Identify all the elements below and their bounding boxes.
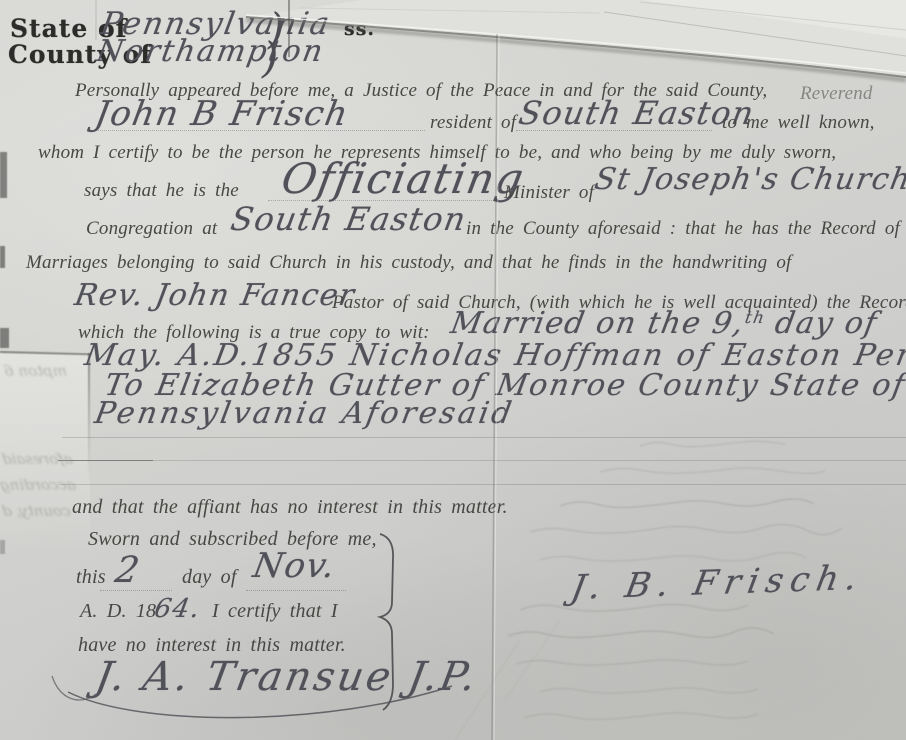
- minister-of-label: Minister of: [504, 182, 594, 204]
- congregation-place-handwritten: South Easton: [228, 200, 470, 238]
- record-line-1-handwritten: Married on the 9,th day of: [448, 306, 880, 341]
- body-word-reverend: Reverend: [800, 83, 873, 105]
- pastor-name-handwritten: Rev. John Fancer: [72, 278, 358, 313]
- bleedthrough-fragment: county, d: [1, 502, 72, 520]
- affiant-name-handwritten: John B Frisch: [92, 94, 352, 134]
- no-interest-line: and that the affiant has no interest in …: [72, 496, 508, 519]
- certify-text: I certify that I: [212, 600, 338, 623]
- ruled-line: [62, 437, 906, 438]
- document-page: State of Pennsylvania ) ss. County of No…: [0, 0, 906, 740]
- ad-printed-label: A. D. 18: [80, 600, 156, 623]
- marriages-line: Marriages belonging to said Church in hi…: [26, 252, 792, 274]
- ruled-line: [60, 484, 906, 485]
- day-of-label: day of: [182, 566, 237, 589]
- county-aforesaid-line: in the County aforesaid : that he has th…: [466, 218, 900, 240]
- ss-label: ss.: [344, 18, 375, 40]
- county-value-handwritten: Northampton: [94, 34, 327, 69]
- this-label: this: [76, 566, 106, 589]
- edge-smudge: [0, 328, 9, 348]
- well-known-text: to me well known,: [722, 112, 875, 134]
- church-handwritten: St Joseph's Church: [592, 162, 906, 197]
- congregation-at-label: Congregation at: [86, 218, 217, 240]
- ruled-line: [58, 460, 906, 461]
- resident-of-label: resident of: [430, 112, 516, 134]
- edge-smudge: [0, 246, 5, 268]
- office-handwritten: Officiating: [278, 154, 528, 203]
- bleedthrough-fragment: mpton 6: [3, 362, 68, 380]
- form-blank-line: [246, 589, 346, 591]
- edge-smudge: [0, 152, 7, 198]
- edge-smudge: [0, 540, 5, 554]
- bleedthrough-fragment: aforesaid: [1, 450, 74, 468]
- says-label: says that he is the: [84, 180, 239, 202]
- affiant-signature-handwritten: J. B. Frisch.: [568, 558, 867, 608]
- day-value-handwritten: 2: [112, 550, 144, 591]
- bleedthrough-fragment: according: [0, 476, 77, 494]
- jp-signature-handwritten: J. A. Transue J.P.: [92, 654, 482, 700]
- county-brace-mark: ): [262, 33, 278, 82]
- month-value-handwritten: Nov.: [250, 546, 339, 586]
- record-line-4-handwritten: Pennsylvania Aforesaid: [92, 396, 517, 431]
- year-handwritten: 64.: [152, 594, 203, 624]
